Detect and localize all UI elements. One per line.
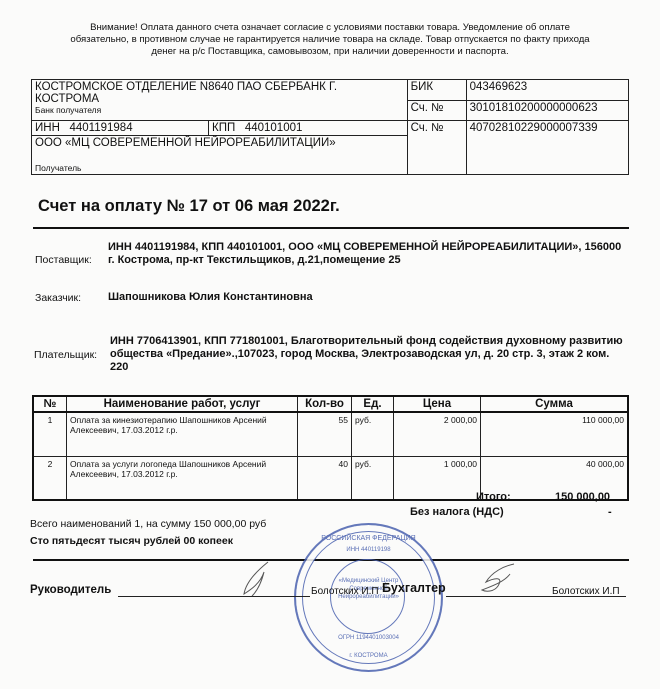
- director-label: Руководитель: [30, 584, 111, 597]
- row-number: 2: [33, 456, 67, 500]
- director-signature-line: [118, 596, 310, 597]
- accountant-name: Болотских И.П: [552, 586, 620, 597]
- bik-value: 043469623: [466, 80, 628, 101]
- col-price: Цена: [394, 396, 481, 412]
- director-signature-icon: [238, 560, 278, 600]
- row-unit: руб.: [352, 456, 394, 500]
- stamp-inn: ИНН 440119198: [296, 547, 441, 553]
- col-qty: Кол-во: [298, 396, 352, 412]
- account-value: 40702810229000007339: [466, 121, 628, 175]
- row-name: Оплата за услуги логопеда Шапошников Арс…: [67, 456, 298, 500]
- director-name: Болотских И.П: [311, 586, 379, 597]
- vat-label: Без налога (НДС): [410, 506, 504, 519]
- title-divider: [33, 227, 629, 229]
- inn-label: ИНН: [35, 122, 60, 134]
- corr-account-label: Сч. №: [407, 100, 466, 121]
- stamp-ogrn: ОГРН 1194401003004: [296, 635, 441, 641]
- bank-name-label: Банк получателя: [35, 105, 404, 115]
- table-row: 1 Оплата за кинезиотерапию Шапошников Ар…: [33, 412, 628, 456]
- kpp-label: КПП: [212, 122, 235, 134]
- col-number: №: [33, 396, 67, 412]
- total-label: Итого:: [476, 491, 511, 504]
- stamp-ring-text: РОССИЙСКАЯ ФЕДЕРАЦИЯ: [296, 535, 441, 542]
- account-label: Сч. №: [407, 121, 466, 175]
- bank-name: КОСТРОМСКОЕ ОТДЕЛЕНИЕ N8640 ПАО СБЕРБАНК…: [35, 81, 404, 105]
- vat-value: -: [608, 506, 612, 519]
- row-sum: 110 000,00: [481, 412, 629, 456]
- row-qty: 40: [298, 456, 352, 500]
- payer-label: Плательщик:: [34, 349, 97, 361]
- total-value: 150 000,00: [555, 491, 610, 504]
- items-summary: Всего наименований 1, на сумму 150 000,0…: [30, 518, 266, 530]
- customer-label: Заказчик:: [35, 292, 81, 304]
- row-price: 1 000,00: [394, 456, 481, 500]
- inn-value: 4401191984: [69, 122, 132, 134]
- row-price: 2 000,00: [394, 412, 481, 456]
- stamp-city: г. КОСТРОМА: [296, 653, 441, 659]
- supplier-label: Поставщик:: [35, 254, 92, 266]
- bank-details-table: КОСТРОМСКОЕ ОТДЕЛЕНИЕ N8640 ПАО СБЕРБАНК…: [31, 79, 629, 175]
- recipient-name: ООО «МЦ СОВЕРЕМЕННОЙ НЕЙРОРЕАБИЛИТАЦИИ»: [35, 137, 404, 149]
- col-unit: Ед.: [352, 396, 394, 412]
- accountant-signature-icon: [478, 562, 518, 596]
- row-number: 1: [33, 412, 67, 456]
- payment-notice: Внимание! Оплата данного счета означает …: [60, 22, 600, 58]
- payer-details: ИНН 7706413901, КПП 771801001, Благотвор…: [110, 335, 625, 374]
- corr-account-value: 30101810200000000623: [466, 100, 628, 121]
- items-header-row: № Наименование работ, услуг Кол-во Ед. Ц…: [33, 396, 628, 412]
- row-unit: руб.: [352, 412, 394, 456]
- row-qty: 55: [298, 412, 352, 456]
- row-name: Оплата за кинезиотерапию Шапошников Арсе…: [67, 412, 298, 456]
- col-name: Наименование работ, услуг: [67, 396, 298, 412]
- company-stamp: РОССИЙСКАЯ ФЕДЕРАЦИЯ ИНН 440119198 «Меди…: [294, 523, 443, 672]
- table-row: 2 Оплата за услуги логопеда Шапошников А…: [33, 456, 628, 500]
- recipient-label: Получатель: [35, 163, 81, 173]
- customer-name: Шапошникова Юлия Константиновна: [108, 291, 313, 304]
- supplier-details: ИНН 4401191984, КПП 440101001, ООО «МЦ С…: [108, 241, 623, 267]
- items-table: № Наименование работ, услуг Кол-во Ед. Ц…: [32, 395, 629, 501]
- kpp-value: 440101001: [245, 122, 303, 134]
- col-sum: Сумма: [481, 396, 629, 412]
- invoice-title: Счет на оплату № 17 от 06 мая 2022г.: [38, 197, 340, 216]
- bik-label: БИК: [407, 80, 466, 101]
- accountant-label: Бухгалтер: [382, 582, 446, 595]
- amount-in-words: Сто пятьдесят тысяч рублей 00 копеек: [30, 535, 233, 548]
